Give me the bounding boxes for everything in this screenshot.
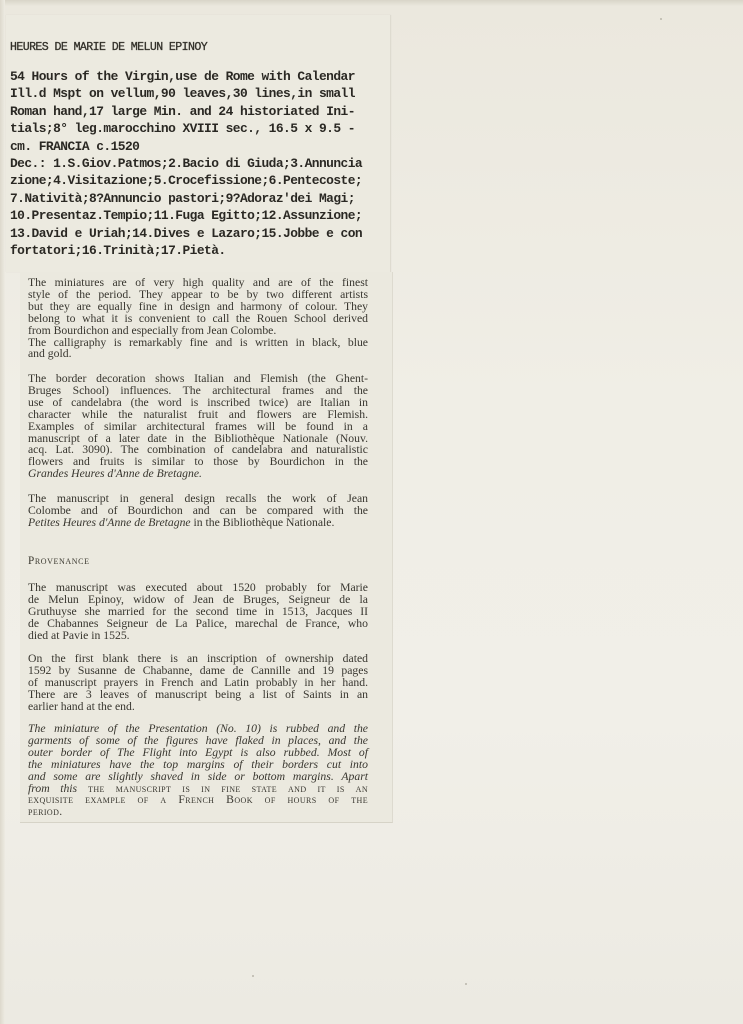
text-line: the miniatures have the top margins of t… <box>28 759 368 771</box>
typed-line: cm. FRANCIA c.1520 <box>10 138 362 155</box>
description-paragraph-2: The border decoration shows Italian and … <box>28 373 368 480</box>
text-line: but they are equally fine in design and … <box>28 301 368 313</box>
typed-title: HEURES DE MARIE DE MELUN EPINOY <box>10 41 207 54</box>
description-paragraph-3: The manuscript in general design recalls… <box>28 493 368 529</box>
text-line: use of candelabra (the word is inscribed… <box>28 397 368 409</box>
italic-title: Petites Heures d'Anne de Bretagne <box>28 516 191 529</box>
typed-line: zione;4.Visitazione;5.Crocefissione;6.Pe… <box>10 172 362 189</box>
text-line: outer border of The Flight into Egypt is… <box>28 747 368 759</box>
typed-line: Roman hand,17 large Min. and 24 historia… <box>10 103 362 120</box>
small-caps-text: exquisite example of a French Book of ho… <box>28 794 368 806</box>
text-fragment: in the Bibliothèque Nationale. <box>191 516 335 529</box>
paper-speck <box>465 983 467 985</box>
text-line: died at Pavie in 1525. <box>28 630 368 642</box>
text-line: Gruthuyse she married for the second tim… <box>28 606 368 618</box>
text-line: from Bourdichon and especially from Jean… <box>28 325 368 337</box>
text-line: de Chabannes Seigneur de La Palice, mare… <box>28 618 368 630</box>
typed-line: Dec.: 1.S.Giov.Patmos;2.Bacio di Giuda;3… <box>10 155 362 172</box>
provenance-heading: Provenance <box>28 555 90 567</box>
text-line: of manuscript prayers in French and Lati… <box>28 677 368 689</box>
page-top-edge <box>0 0 743 6</box>
typed-line: 10.Presentaz.Tempio;11.Fuga Egitto;12.As… <box>10 207 362 224</box>
condition-note: The miniature of the Presentation (No. 1… <box>28 723 368 818</box>
small-caps-text: period. <box>28 806 368 818</box>
text-line: There are 3 leaves of manuscript being a… <box>28 689 368 701</box>
provenance-paragraph-2: On the first blank there is an inscripti… <box>28 653 368 713</box>
typed-line: Ill.d Mspt on vellum,90 leaves,30 lines,… <box>10 85 362 102</box>
typed-line: 13.David e Uriah;14.Dives e Lazaro;15.Jo… <box>10 225 362 242</box>
typed-line: fortatori;16.Trinità;17.Pietà. <box>10 242 362 259</box>
italic-title: Grandes Heures d'Anne de Bretagne. <box>28 467 202 480</box>
page-left-edge <box>0 0 5 1024</box>
text-line: character while the naturalist fruit and… <box>28 409 368 421</box>
text-line: belong to what it is convenient to call … <box>28 313 368 325</box>
text-line: and gold. <box>28 348 368 360</box>
text-line: Examples of similar architectural frames… <box>28 421 368 433</box>
provenance-paragraph-1: The manuscript was executed about 1520 p… <box>28 582 368 642</box>
document-page: HEURES DE MARIE DE MELUN EPINOY 54 Hours… <box>0 0 743 1024</box>
text-line: The calligraphy is remarkably fine and i… <box>28 337 368 349</box>
typed-line: 54 Hours of the Virgin,use de Rome with … <box>10 68 362 85</box>
paper-speck <box>252 975 254 977</box>
paper-speck <box>660 18 662 20</box>
typed-line: 7.Natività;8?Annuncio pastori;9?Adoraz'd… <box>10 190 362 207</box>
typed-description: 54 Hours of the Virgin,use de Rome with … <box>10 68 362 259</box>
typed-line: tials;8° leg.marocchino XVIII sec., 16.5… <box>10 120 362 137</box>
text-line: earlier hand at the end. <box>28 701 368 713</box>
description-paragraph-1: The miniatures are of very high quality … <box>28 277 368 360</box>
